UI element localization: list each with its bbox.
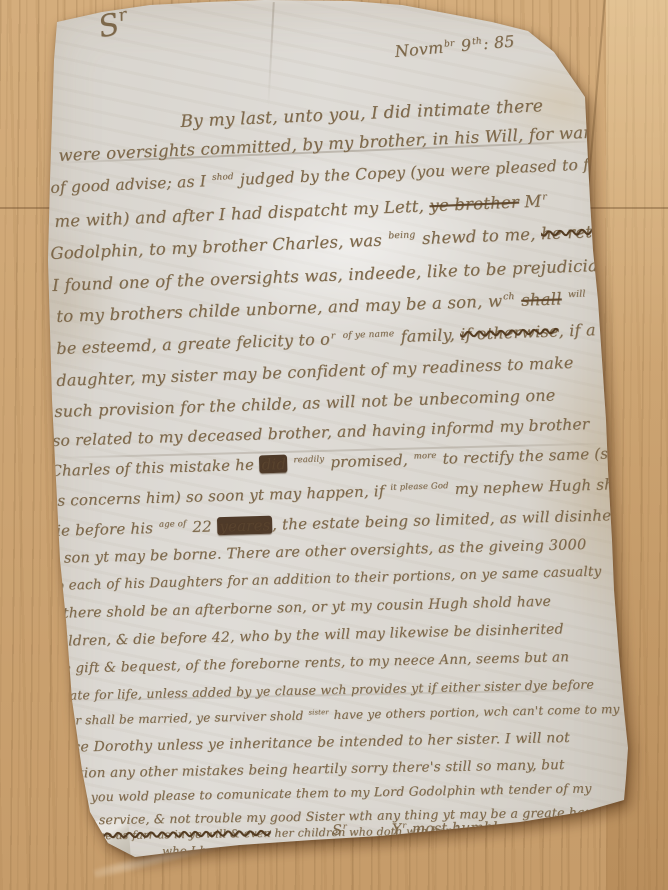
ink-text: , the estate being so limited, as will d… [272, 506, 630, 534]
ink-text: her children who doth wth her is greatly… [271, 822, 582, 839]
ink-text: who I hope God will support by ye good o… [162, 839, 538, 858]
manuscript-line: estate for life, unless added by ye clau… [50, 677, 594, 703]
ink-text: judged by the Copey (you were pleased to… [234, 153, 635, 188]
ink-insertion: ch [503, 291, 515, 302]
ink-text: as concerns him) so soon yt may happen, … [48, 482, 390, 510]
ink-text: to rectify the same (so farr [437, 443, 652, 468]
ink-scribble-out: ye bargaine as farr as in ye will & even [44, 827, 271, 843]
ink-text: so related to my deceased brother, and h… [52, 415, 590, 450]
ink-text: the gift & bequest, of the foreborne ren… [48, 649, 569, 677]
ink-text: die before his [46, 519, 158, 540]
ink-text: Novm [394, 38, 444, 61]
manuscript-line: such provision for the childe, as will n… [54, 385, 556, 421]
ink-text: Charles of this mistake he [50, 455, 259, 480]
letter-paper: SrNovmbr 9th: 85By my last, unto you, I … [42, 0, 634, 868]
ink-text: 21 or shall be married, ye surviver shol… [48, 709, 308, 728]
ink-text: to each of his Daughters for an addition… [50, 564, 602, 594]
ink-text: be esteemd, a greate felicity to o [56, 329, 330, 358]
ink-insertion: of ye name [342, 329, 394, 341]
ink-insertion: readily [293, 453, 324, 464]
ink-text: I found one of the oversights was, indee… [52, 256, 609, 295]
ink-scribble-out: if otherwise [460, 321, 559, 343]
manuscript-line: die before his age of 22 yeares, the est… [46, 506, 630, 540]
ink-text: to my brothers childe unborne, and may b… [56, 291, 503, 326]
ink-text: estate for life, unless added by ye clau… [50, 677, 594, 703]
manuscript-line: daughter, my sister may be confident of … [56, 353, 574, 390]
ink-text: a son yt may be borne. There are other o… [50, 537, 587, 567]
ink-text: children, & die before 42, who by the wi… [46, 621, 564, 650]
manuscript-line: humble service, & not trouble my good Si… [46, 804, 614, 828]
manuscript-line: neece Dorothy unless ye inheritance be i… [46, 730, 570, 756]
manuscript-text: SrNovmbr 9th: 85By my last, unto you, I … [42, 0, 634, 868]
ink-text [336, 329, 342, 348]
manuscript-line: be esteemd, a greate felicity to or of y… [56, 320, 596, 358]
ink-text: such provision for the childe, as will n… [54, 385, 556, 421]
ink-scribble-out: he returnd [541, 221, 633, 244]
ink-text: family, [395, 325, 460, 346]
ink-blot: yeares [217, 516, 273, 536]
ink-insertion: age of [159, 518, 187, 529]
manuscript-line: me with) and after I had dispatcht my Le… [54, 191, 549, 231]
ink-text: if there shold be an afterborne son, or … [48, 594, 551, 622]
date-line: Novmbr 9th: 85 [394, 32, 515, 61]
ink-text: humble service, & not trouble my good Si… [46, 804, 614, 828]
manuscript-line: if there shold be an afterborne son, or … [48, 594, 551, 622]
ink-text: desire you wold please to comunicate the… [46, 780, 592, 805]
ink-text: my nephew Hugh shold [449, 475, 638, 499]
photo-scene: SrNovmbr 9th: 85By my last, unto you, I … [0, 0, 668, 890]
salutation: Sr [95, 4, 133, 46]
manuscript-line: desire you wold please to comunicate the… [46, 780, 592, 805]
ink-insertion: shod [212, 172, 234, 183]
ink-insertion: th [472, 36, 483, 47]
ink-text: M [519, 192, 542, 212]
manuscript-line: I found one of the oversights was, indee… [52, 256, 609, 295]
ink-text: have ye others portion, wch can't come t… [330, 702, 620, 722]
ink-text: : 85 [482, 32, 515, 54]
ink-insertion: more [414, 450, 437, 461]
manuscript-line: a son yt may be borne. There are other o… [50, 537, 587, 567]
manuscript-line: to each of his Daughters for an addition… [50, 564, 602, 594]
ink-text [561, 289, 567, 308]
ink-text: mention any other mistakes being heartil… [48, 757, 565, 782]
manuscript-line: Charles of this mistake he did readily p… [50, 443, 652, 480]
ink-insertion: br [444, 38, 455, 49]
manuscript-line: as concerns him) so soon yt may happen, … [48, 474, 638, 510]
manuscript-line: to my brothers childe unborne, and may b… [56, 288, 587, 326]
manuscript-line: so related to my deceased brother, and h… [52, 415, 590, 450]
ink-text: of good advise; as I [50, 172, 212, 197]
ink-insertion: will [568, 289, 586, 301]
manuscript-line: 21 or shall be married, ye surviver shol… [48, 702, 620, 728]
manuscript-line: the gift & bequest, of the foreborne ren… [48, 649, 569, 677]
manuscript-line: who I hope God will support by ye good o… [162, 839, 538, 858]
letter-paper-shadow: SrNovmbr 9th: 85By my last, unto you, I … [42, 0, 634, 868]
ink-text: 9 [455, 35, 472, 55]
ink-insertion: sister [308, 708, 328, 716]
ink-insertion: it please God [390, 480, 449, 492]
ink-blot: did [259, 455, 288, 474]
ink-text: promised, [325, 451, 413, 472]
ink-insertion: r [331, 331, 336, 341]
ink-text: neece Dorothy unless ye inheritance be i… [46, 730, 570, 756]
ink-text: shewd to me, [416, 224, 541, 248]
ink-text: daughter, my sister may be confident of … [56, 353, 574, 390]
ink-text: 22 [187, 517, 217, 536]
ink-insertion: being [388, 230, 416, 242]
manuscript-line: mention any other mistakes being heartil… [48, 757, 565, 782]
ink-text: , if a [558, 320, 596, 340]
ink-strikethrough: shall [521, 289, 562, 309]
manuscript-line: children, & die before 42, who by the wi… [46, 621, 564, 650]
ink-strikethrough: ye brother [429, 193, 519, 216]
ink-text: me with) and after I had dispatcht my Le… [54, 196, 430, 231]
ink-insertion: r [542, 192, 547, 203]
ink-text: Godolphin, to my brother Charles, was [50, 230, 388, 263]
